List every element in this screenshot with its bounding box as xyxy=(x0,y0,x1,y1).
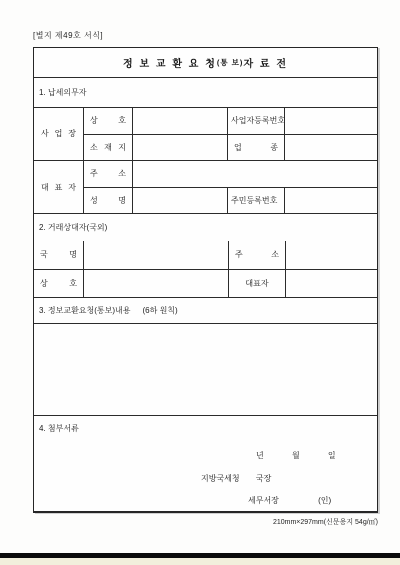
trade-name-label: 상 호 xyxy=(84,108,133,135)
rep-name-label: 성 명 xyxy=(84,188,133,215)
form-title-left: 정 보 교 환 요 청 xyxy=(123,55,217,70)
business-reg-number-value xyxy=(285,108,377,135)
tax-office-sign-line: 세무서장 (인) xyxy=(248,495,331,506)
form-box: 정 보 교 환 요 청(통 보)자 료 전 1. 납세의무자 사 업 장 상 호… xyxy=(33,47,378,513)
business-place-group-label: 사 업 장 xyxy=(34,108,84,161)
cp-trade-name-label: 상 호 xyxy=(34,270,84,299)
rep-name-value xyxy=(133,188,228,215)
regional-office-sign-line: 지방국세청 국장 xyxy=(201,473,271,484)
form-title: 정 보 교 환 요 청(통 보)자 료 전 xyxy=(34,48,377,78)
business-type-value xyxy=(285,135,377,162)
representative-group-label: 대 표 자 xyxy=(34,161,84,214)
resident-reg-number-label: 주민등록번호 xyxy=(228,188,285,215)
form-title-right: 자 료 전 xyxy=(243,55,288,70)
cp-representative-label: 대표자 xyxy=(229,270,286,299)
section2-heading: 2. 거래상대자(국외) xyxy=(34,214,377,241)
trade-name-value xyxy=(133,108,228,135)
country-name-value xyxy=(84,241,229,270)
resident-reg-number-value xyxy=(285,188,377,215)
rep-address-value xyxy=(133,161,377,188)
cp-address-value xyxy=(286,241,377,270)
section4-area: 4. 첨부서류 년 월 일 지방국세청 국장 세무서장 (인) xyxy=(34,416,377,511)
section1-heading: 1. 납세의무자 xyxy=(34,78,377,108)
section3-heading-text: 3. 정보교환요청(통보)내용 xyxy=(39,305,131,316)
taxpayer-table: 사 업 장 상 호 사업자등록번호 소 재 지 업 종 대 표 자 주 소 성 … xyxy=(34,108,377,214)
paper-size-footer: 210mm×297mm(신문용지 54g/㎡) xyxy=(33,517,378,527)
form-number-note: [별지 제49호 서식] xyxy=(33,30,103,41)
section4-heading: 4. 첨부서류 xyxy=(39,423,79,434)
country-name-label: 국 명 xyxy=(34,241,84,270)
business-reg-number-label: 사업자등록번호 xyxy=(228,108,285,135)
counterparty-table: 국 명 주 소 상 호 대표자 xyxy=(34,241,377,298)
date-line: 년 월 일 xyxy=(256,450,336,461)
section3-heading-note: (6하 원칙) xyxy=(143,305,178,316)
bottom-edge-strip xyxy=(0,558,400,565)
form-title-paren: (통 보) xyxy=(217,57,244,68)
location-label: 소 재 지 xyxy=(84,135,133,162)
exchange-content-area xyxy=(34,324,377,416)
cp-address-label: 주 소 xyxy=(229,241,286,270)
location-value xyxy=(133,135,228,162)
business-type-label: 업 종 xyxy=(228,135,285,162)
rep-address-label: 주 소 xyxy=(84,161,133,188)
section3-heading: 3. 정보교환요청(통보)내용 (6하 원칙) xyxy=(34,298,377,324)
cp-representative-value xyxy=(286,270,377,299)
cp-trade-name-value xyxy=(84,270,229,299)
